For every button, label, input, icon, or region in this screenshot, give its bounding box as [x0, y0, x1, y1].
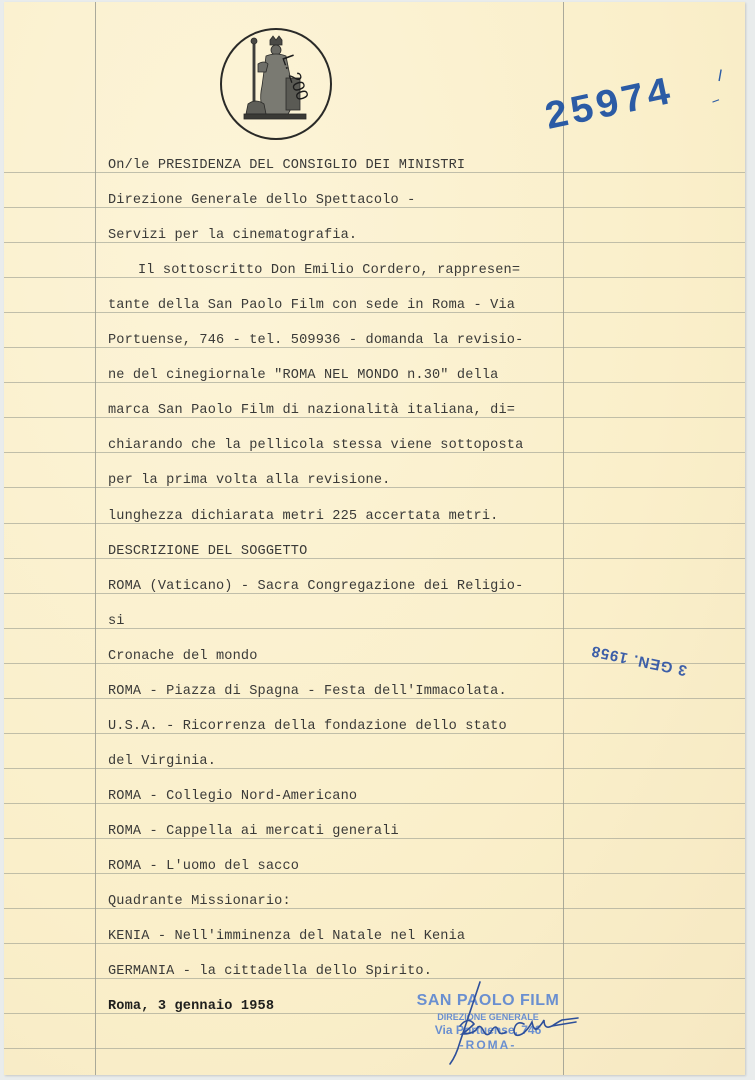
typed-line: ROMA - Collegio Nord-Americano: [108, 789, 357, 805]
typed-line: si: [108, 614, 125, 630]
document-page: L. 200 25974 ǀ ‒ On/le PRESIDENZA DEL CO…: [4, 2, 745, 1075]
typed-line: DESCRIZIONE DEL SOGGETTO: [108, 544, 307, 560]
typed-line: Direzione Generale dello Spettacolo -: [108, 193, 415, 209]
typed-line: ne del cinegiornale "ROMA NEL MONDO n.30…: [108, 368, 498, 384]
received-date-stamp: 3 GEN. 1958: [589, 642, 688, 679]
typed-line: Il sottoscritto Don Emilio Cordero, rapp…: [138, 263, 520, 279]
typed-line: U.S.A. - Ricorrenza della fondazione del…: [108, 719, 507, 735]
typed-line: On/le PRESIDENZA DEL CONSIGLIO DEI MINIS…: [108, 158, 465, 174]
protocol-number-stamp: 25974: [541, 71, 678, 142]
tick-mark-icon: ǀ: [714, 67, 727, 86]
typed-line: Portuense, 746 - tel. 509936 - domanda l…: [108, 333, 523, 349]
signature-icon: [424, 978, 594, 1068]
right-margin-rule: [563, 2, 564, 1075]
typed-line: del Virginia.: [108, 754, 216, 770]
typed-line: GERMANIA - la cittadella dello Spirito.: [108, 964, 432, 980]
typed-line: tante della San Paolo Film con sede in R…: [108, 298, 515, 314]
typed-line: Servizi per la cinematografia.: [108, 228, 357, 244]
revenue-stamp: [220, 28, 332, 140]
typed-line: KENIA - Nell'imminenza del Natale nel Ke…: [108, 929, 465, 945]
typed-line: marca San Paolo Film di nazionalità ital…: [108, 403, 515, 419]
ruled-line: [4, 1048, 745, 1049]
italia-turrita-seated-figure-icon: [220, 28, 328, 136]
typed-line: per la prima volta alla revisione.: [108, 473, 390, 489]
typed-line: Quadrante Missionario:: [108, 894, 291, 910]
typed-line: Roma, 3 gennaio 1958: [108, 999, 274, 1015]
typed-line: Cronache del mondo: [108, 649, 258, 665]
dash-mark-icon: ‒: [708, 91, 723, 111]
typed-line: lunghezza dichiarata metri 225 accertata…: [108, 509, 498, 525]
typed-line: ROMA - L'uomo del sacco: [108, 859, 299, 875]
typed-line: ROMA - Cappella ai mercati generali: [108, 824, 399, 840]
typed-line: chiarando che la pellicola stessa viene …: [108, 438, 523, 454]
typed-line: ROMA - Piazza di Spagna - Festa dell'Imm…: [108, 684, 507, 700]
left-margin-rule: [95, 2, 96, 1075]
typed-line: ROMA (Vaticano) - Sacra Congregazione de…: [108, 579, 523, 595]
